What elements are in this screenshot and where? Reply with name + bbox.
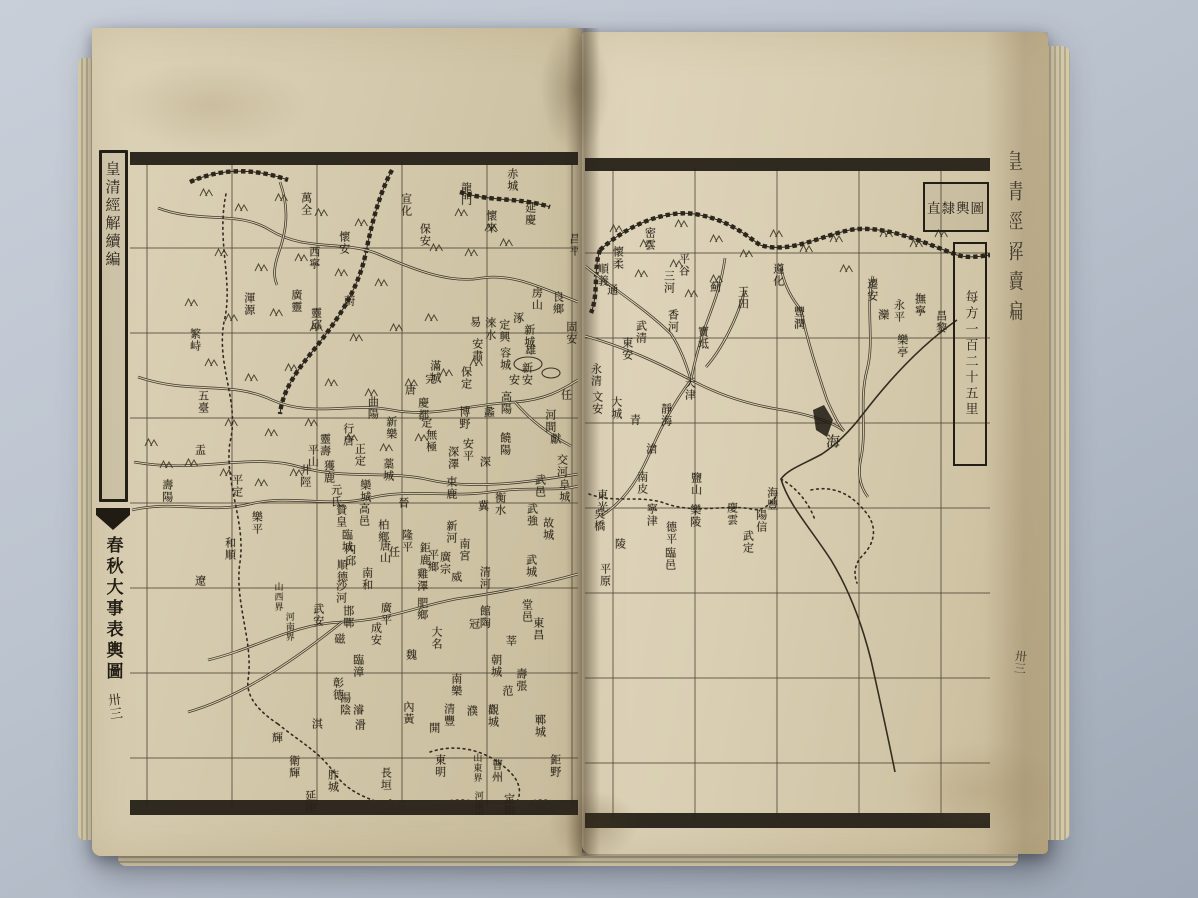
place-label: 山西界	[272, 582, 281, 612]
page-stack-right-edge	[1046, 46, 1070, 840]
place-label: 無極	[425, 429, 436, 453]
place-label: 薊	[709, 281, 720, 293]
map-scale-note: 每方一百二十五里	[961, 290, 980, 418]
place-label: 良鄉	[552, 291, 563, 315]
place-label: 昌黎	[935, 310, 946, 334]
place-label: 高陽	[500, 391, 511, 415]
map-title-box: 直隸輿圖	[923, 182, 989, 232]
place-label: 行唐	[343, 423, 354, 447]
place-label: 贊皇	[335, 504, 346, 528]
place-label: 臨邑	[664, 547, 675, 571]
section-title: 春秋大事表輿圖	[101, 536, 126, 683]
place-label: 博野	[459, 406, 470, 430]
place-label: 交河	[556, 454, 567, 478]
place-label: 深	[479, 456, 490, 468]
map-scale-box: 每方一百二十五里	[953, 242, 987, 466]
place-label: 盂	[194, 444, 205, 456]
place-label: 淶水	[485, 317, 496, 341]
place-label: 灤	[877, 309, 888, 321]
place-label: 延津	[304, 790, 315, 814]
place-label: 寶坻	[697, 326, 708, 350]
series-title-box: 皇清經解續編	[99, 150, 128, 502]
place-label: 武定	[742, 530, 753, 554]
place-label: 容城	[499, 347, 510, 371]
place-label: 昌平	[569, 233, 578, 257]
place-label: 胙城	[327, 769, 338, 793]
place-label: 通	[607, 284, 618, 296]
fishtail-mark	[96, 508, 130, 530]
place-label: 獲鹿	[323, 460, 334, 484]
left-page-spine-column: 皇清經解續編 春秋大事表輿圖 卅三	[94, 150, 132, 846]
map-labels-left: 萬全宣化赤城龍門保安懷來延慶昌平懷安西寧渾源廣靈蔚靈邱繁峙五臺盂壽陽平定樂平和順…	[130, 152, 578, 815]
place-label: 臨漳	[352, 654, 363, 678]
place-label: 魏	[405, 649, 416, 661]
place-label: 海豐	[767, 487, 778, 511]
folio-number-right: 卅三	[1011, 649, 1030, 674]
place-label: 陽信	[756, 509, 767, 533]
place-label: 定興	[498, 319, 509, 343]
place-label: 易	[469, 316, 480, 328]
place-label: 館陶	[479, 605, 490, 629]
place-label: 蔚	[343, 295, 354, 307]
place-label: 安平	[462, 438, 473, 462]
place-label: 滑	[354, 719, 365, 731]
place-label: 正定	[354, 443, 365, 467]
place-label: 三河	[663, 270, 674, 294]
place-label: 南宮	[459, 538, 470, 562]
place-label: 廣宗	[439, 551, 450, 575]
place-label: 懷柔	[612, 246, 623, 270]
book-photo: 皇清經解續編 春秋大事表輿圖 卅三 皇清經解續編 卅三 萬全宣化赤城龍門保安懷來…	[0, 0, 1198, 898]
place-label: 武強	[526, 503, 537, 527]
place-label: 唐	[404, 384, 415, 396]
place-label: 藁城	[382, 458, 393, 482]
place-label: 武清	[635, 320, 646, 344]
place-label: 新樂	[386, 416, 397, 440]
place-label: 靈邱	[310, 307, 321, 331]
place-label: 玉田	[737, 286, 748, 310]
place-label: 蠡	[483, 406, 494, 418]
place-label: 青	[629, 414, 640, 426]
place-label: 湯陰	[339, 692, 350, 716]
place-label: 平定	[231, 474, 242, 498]
place-label: 安肅	[472, 338, 483, 362]
place-label: 清豐	[443, 703, 454, 727]
place-label: 磁	[334, 633, 345, 645]
place-label: 壽陽	[162, 479, 173, 503]
place-label: 豐潤	[793, 306, 804, 330]
place-label: 束鹿	[446, 476, 457, 500]
place-label: 定	[421, 417, 432, 429]
place-label: 柏鄉	[378, 519, 389, 543]
place-label: 東明	[434, 754, 445, 778]
place-label: 鹽山	[690, 472, 701, 496]
place-label: 井陘	[300, 464, 311, 488]
place-label: 深澤	[447, 446, 458, 470]
place-label: 山東界	[471, 753, 480, 783]
place-label: 繁峙	[189, 328, 200, 352]
place-label: 海	[825, 434, 839, 449]
place-label: 任	[560, 389, 571, 401]
place-label: 雞澤	[416, 568, 427, 592]
place-label: 壽張	[515, 668, 526, 692]
place-label: 隆平	[401, 529, 412, 553]
place-label: 河間	[545, 409, 556, 433]
right-page-spine-column: 皇清經解續編 卅三	[1010, 150, 1040, 810]
place-label: 朝城	[490, 654, 501, 678]
place-label: 慶雲	[726, 502, 737, 526]
place-label: 永清	[590, 363, 601, 387]
place-label: 開	[429, 722, 440, 734]
place-label: 延慶	[524, 202, 535, 226]
place-label: 東昌	[533, 617, 544, 641]
place-label: 清河	[479, 566, 490, 590]
place-label: 大名	[431, 626, 442, 650]
place-label: 內黃	[403, 701, 414, 725]
place-label: 堂邑	[521, 599, 532, 623]
place-label: 邯鄲	[343, 605, 354, 629]
series-title: 皇清經解續編	[103, 161, 124, 269]
place-label: 饒陽	[499, 432, 510, 456]
map-labels-right: 密雲懷柔順義通平谷三河薊玉田遵化豐潤遷安永平撫寧昌黎灤樂亭香河寶坻武清東安永清文…	[585, 158, 990, 828]
place-label: 大城	[611, 396, 622, 420]
place-label: 定陶	[503, 793, 514, 815]
place-label: 西寧	[309, 246, 320, 270]
place-label: 河南界	[473, 791, 482, 815]
place-label: 遼	[194, 575, 205, 587]
place-label: 南樂	[451, 673, 462, 697]
place-label: 衛輝	[288, 755, 299, 779]
place-label: 宣化	[400, 193, 411, 217]
place-label: 冀	[477, 500, 488, 512]
place-label: 吳橋	[594, 508, 605, 532]
place-label: 五臺	[197, 390, 208, 414]
place-label: 撫寧	[914, 293, 925, 317]
place-label: 密雲	[644, 227, 655, 251]
place-label: 肥鄉	[416, 597, 427, 621]
place-label: 新城	[524, 324, 535, 348]
place-label: 阜城	[559, 479, 570, 503]
place-label: 靜海	[660, 403, 671, 427]
map-title: 直隸輿圖	[927, 197, 985, 217]
right-map-panel: 密雲懷柔順義通平谷三河薊玉田遵化豐潤遷安永平撫寧昌黎灤樂亭香河寶坻武清東安永清文…	[585, 158, 990, 828]
series-title-partial: 皇清經解續編	[1010, 150, 1027, 330]
place-label: 范	[502, 685, 513, 697]
place-label: 高邑	[358, 503, 369, 527]
place-label: 遷安	[867, 278, 878, 302]
place-label: 莘	[505, 635, 516, 647]
place-label: 樂陵	[690, 504, 701, 528]
place-label: 唐山	[379, 540, 390, 564]
place-label: 廣平	[380, 602, 391, 626]
place-label: 樂亭	[897, 334, 908, 358]
place-label: 廣靈	[291, 289, 302, 313]
place-label: 鄆城	[534, 714, 545, 738]
place-label: 武安	[313, 603, 324, 627]
place-label: 保安	[419, 223, 430, 247]
place-label: 曹州	[491, 759, 502, 783]
place-label: 河南界	[284, 612, 293, 642]
place-label: 鉅野	[550, 754, 561, 778]
place-label: 龍門	[460, 182, 471, 206]
place-label: 德平	[665, 521, 676, 545]
place-label: 沙河	[335, 580, 346, 604]
place-label: 寧津	[646, 503, 657, 527]
place-label: 陵	[614, 538, 625, 550]
place-label: 赤城	[507, 168, 518, 192]
place-label: 香河	[667, 309, 678, 333]
place-label: 萬全	[300, 192, 311, 216]
place-label: 安	[508, 374, 519, 386]
place-label: 獻	[550, 433, 561, 445]
place-label: 冠	[468, 618, 479, 630]
place-label: 新安	[521, 362, 532, 386]
place-label: 順義	[597, 263, 608, 287]
page-stack-left-edge	[78, 58, 93, 840]
place-label: 武城	[525, 554, 536, 578]
place-label: 平鄉	[427, 549, 438, 573]
place-label: 滄	[645, 443, 656, 455]
place-label: 欒城	[360, 479, 371, 503]
place-label: 淇	[311, 718, 322, 730]
place-label: 懷安	[339, 231, 350, 255]
place-label: 東安	[622, 337, 633, 361]
place-label: 涿	[512, 312, 523, 324]
place-label: 固安	[566, 321, 577, 345]
place-label: 文安	[592, 391, 603, 415]
place-label: 天津	[684, 377, 695, 401]
place-label: 武邑	[534, 474, 545, 498]
place-label: 長垣	[380, 767, 391, 791]
place-label: 平谷	[678, 253, 689, 277]
place-label: 樂平	[251, 511, 262, 535]
place-label: 懷來	[485, 210, 496, 234]
place-label: 永平	[893, 299, 904, 323]
place-label: 南和	[361, 567, 372, 591]
folio-number: 卅三	[102, 692, 124, 722]
place-label: 新河	[446, 520, 457, 544]
place-label: 和順	[224, 537, 235, 561]
place-label: 曲陽	[367, 396, 378, 420]
place-label: 威	[451, 571, 462, 583]
place-label: 房山	[531, 287, 542, 311]
place-label: 晉	[398, 497, 409, 509]
place-label: 輝	[271, 732, 282, 744]
place-label: 靈壽	[319, 433, 330, 457]
left-map-panel: 萬全宣化赤城龍門保安懷來延慶昌平懷安西寧渾源廣靈蔚靈邱繁峙五臺盂壽陽平定樂平和順…	[130, 152, 578, 815]
place-label: 渾源	[244, 292, 255, 316]
place-label: 故城	[542, 517, 553, 541]
place-label: 遵化	[773, 263, 784, 287]
place-label: 平原	[599, 563, 610, 587]
place-label: 南皮	[636, 471, 647, 495]
place-label: 保定	[460, 366, 471, 390]
place-label: 衡水	[494, 492, 505, 516]
place-label: 濮	[466, 705, 477, 717]
place-label: 完	[425, 373, 436, 385]
place-label: 觀城	[487, 704, 498, 728]
place-label: 濬	[352, 704, 363, 716]
